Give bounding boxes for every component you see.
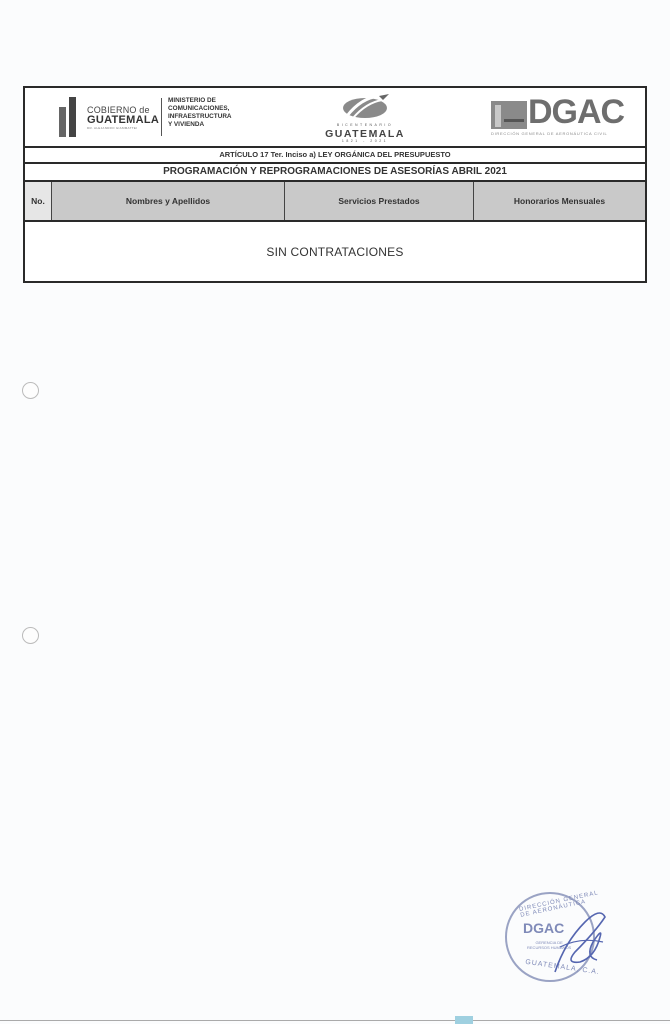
header-logos: COBIERNO de GUATEMALA DR. ALEJANDRO GIAM… bbox=[25, 88, 645, 148]
logo-divider bbox=[161, 98, 162, 136]
gobierno-line3: DR. ALEJANDRO GIAMMATTEI bbox=[87, 126, 167, 130]
articulo-heading: ARTÍCULO 17 Ter. Inciso a) LEY ORGÁNICA … bbox=[25, 148, 645, 164]
control-tower-icon bbox=[491, 101, 527, 129]
ministerio-text: MINISTERIO DE COMUNICACIONES, INFRAESTRU… bbox=[168, 97, 232, 129]
bicentenario-years: 1821 - 2021 bbox=[307, 139, 423, 143]
ministerio-line: Y VIVIENDA bbox=[168, 121, 232, 129]
bicentenario-top: BICENTENARIO bbox=[307, 123, 423, 127]
ministerio-line: MINISTERIO DE bbox=[168, 97, 232, 105]
bicentenario-logo: BICENTENARIO GUATEMALA 1821 - 2021 bbox=[307, 94, 423, 142]
dgac-acronym: DGAC bbox=[528, 95, 624, 129]
empty-table-message: SIN CONTRATACIONES bbox=[25, 222, 645, 281]
dgac-subtitle: DIRECCIÓN GENERAL DE AERONÁUTICA CIVIL bbox=[491, 131, 633, 136]
official-stamp: DIRECCIÓN GENERAL DE AERONÁUTICA DGAC GE… bbox=[505, 892, 605, 986]
ministerio-line: COMUNICACIONES, bbox=[168, 105, 232, 113]
bicentenario-swoosh-icon bbox=[339, 94, 391, 120]
gobierno-line2: GUATEMALA bbox=[87, 115, 167, 126]
table-header-row: No. Nombres y Apellidos Servicios Presta… bbox=[25, 180, 645, 222]
column-header-honorarios: Honorarios Mensuales bbox=[474, 182, 645, 220]
scan-edge-line bbox=[0, 1020, 670, 1021]
dgac-logo: DGAC DIRECCIÓN GENERAL DE AERONÁUTICA CI… bbox=[491, 99, 633, 139]
column-header-servicios: Servicios Prestados bbox=[285, 182, 474, 220]
page-title: PROGRAMACIÓN Y REPROGRAMACIONES DE ASESO… bbox=[25, 164, 645, 179]
airplane-icon bbox=[504, 119, 524, 122]
gobierno-logo: COBIERNO de GUATEMALA DR. ALEJANDRO GIAM… bbox=[59, 95, 159, 139]
ministerio-line: INFRAESTRUCTURA bbox=[168, 113, 232, 121]
column-header-no: No. bbox=[25, 182, 52, 220]
document-table: COBIERNO de GUATEMALA DR. ALEJANDRO GIAM… bbox=[23, 86, 647, 283]
gobierno-bars-icon bbox=[59, 97, 81, 137]
signature-icon bbox=[545, 902, 615, 982]
punch-hole-icon bbox=[22, 627, 39, 644]
punch-hole-icon bbox=[22, 382, 39, 399]
scan-artifact bbox=[455, 1016, 473, 1024]
column-header-nombres: Nombres y Apellidos bbox=[52, 182, 285, 220]
